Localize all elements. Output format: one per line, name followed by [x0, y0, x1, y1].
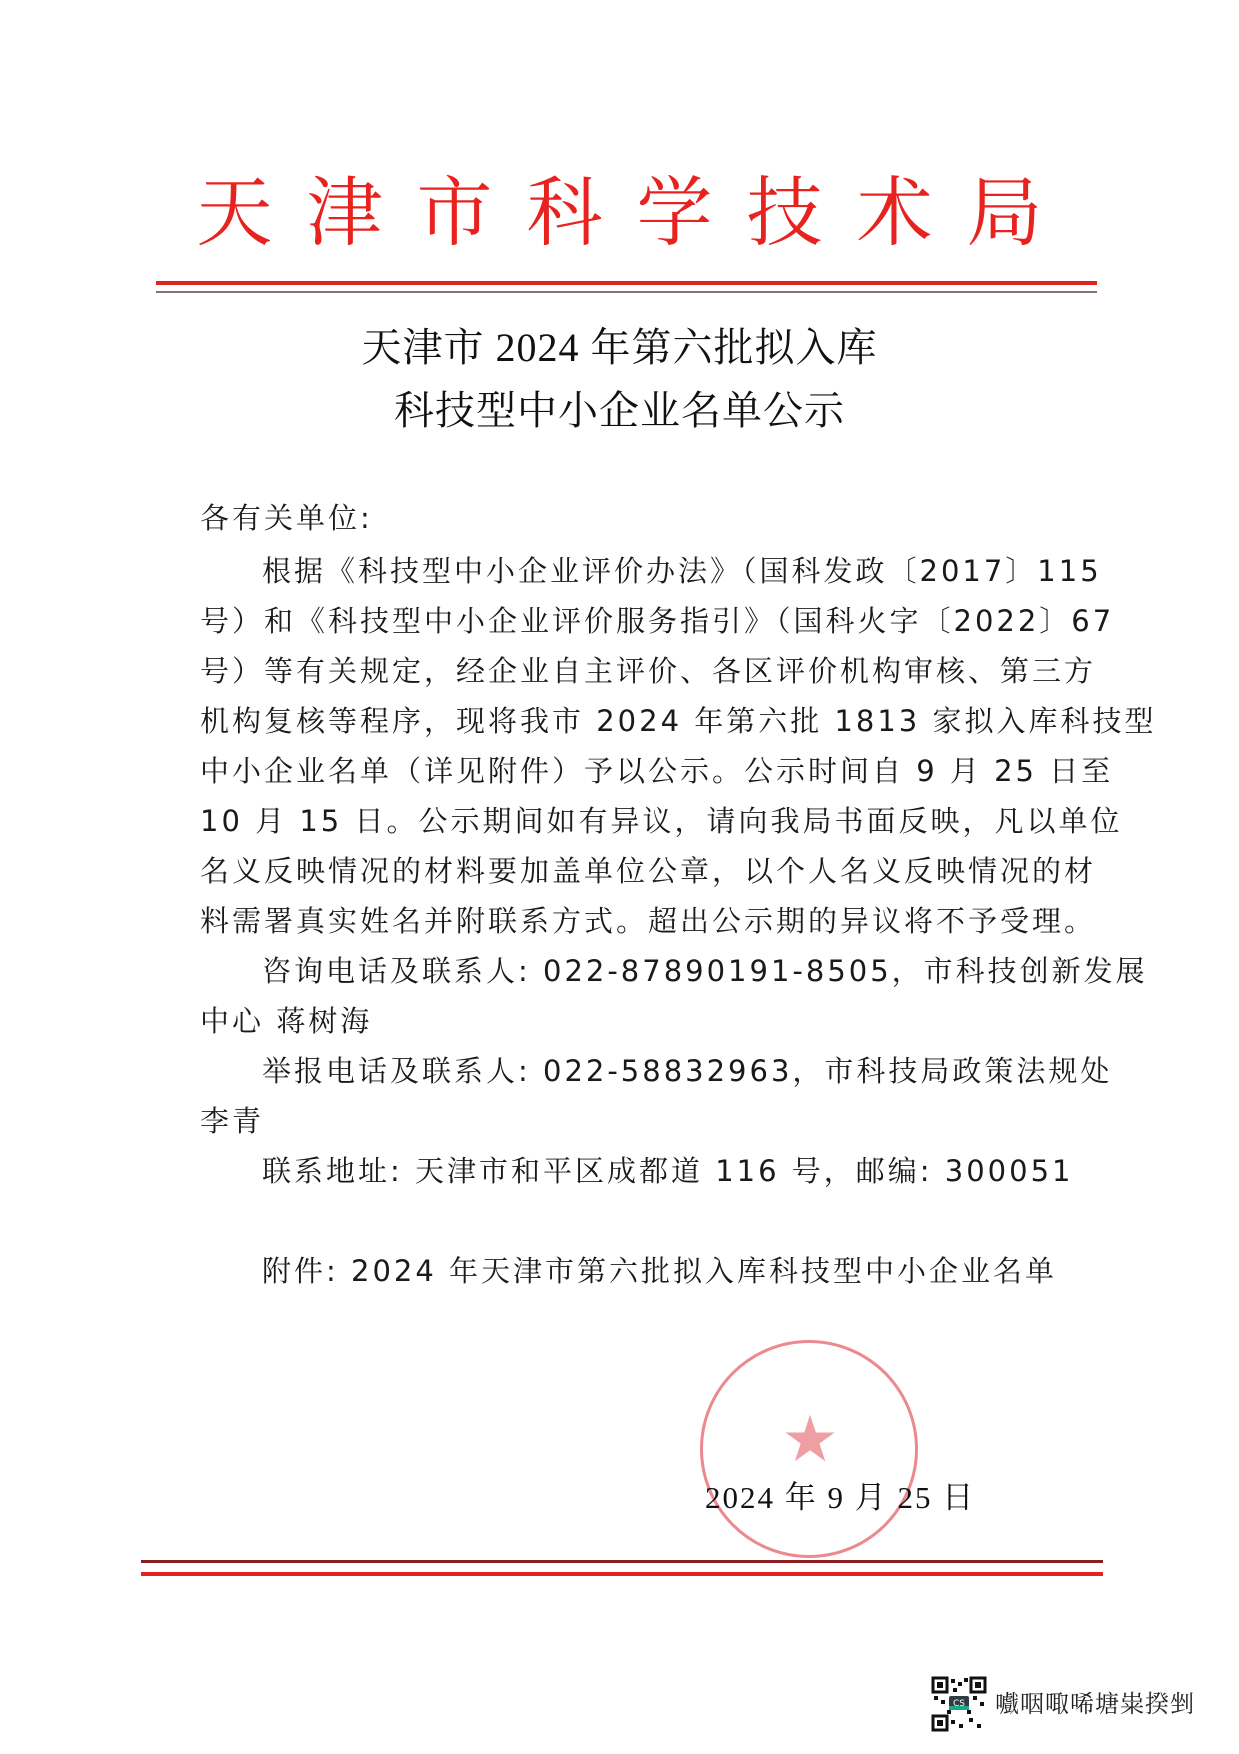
body-line: 机构复核等程序，现将我市 2024 年第六批 1813 家拟入库科技型: [200, 695, 1156, 748]
signature-date: 2024 年 9 月 25 日: [705, 1472, 975, 1517]
letterhead-red-rule: [156, 281, 1097, 285]
consult-contact: 咨询电话及联系人: 022-87890191-8505，市科技创新发展: [262, 945, 1148, 998]
report-contact-name: 李青: [200, 1095, 264, 1148]
qr-code-icon: CS: [931, 1676, 987, 1732]
scanner-watermark: 嚱咽㖩唏塘粜揆剉: [995, 1684, 1195, 1719]
seal-star-icon: ★: [780, 1410, 840, 1470]
body-line: 根据《科技型中小企业评价办法》（国科发政〔2017〕115: [262, 545, 1102, 598]
body-line: 号）和《科技型中小企业评价服务指引》（国科火字〔2022〕67: [200, 595, 1114, 648]
body-line: 中小企业名单（详见附件）予以公示。公示时间自 9 月 25 日至: [200, 745, 1113, 798]
letterhead-gray-rule: [156, 291, 1097, 293]
qr-badge-text: CS: [953, 1699, 965, 1709]
body-line: 料需署真实姓名并附联系方式。超出公示期的异议将不予受理。: [200, 895, 1096, 948]
salutation: 各有关单位:: [200, 492, 373, 545]
consult-contact-name: 中心 蒋树海: [200, 995, 372, 1048]
document-title-line1: 天津市 2024 年第六批拟入库: [0, 322, 1239, 374]
document-title-line2: 科技型中小企业名单公示: [0, 385, 1239, 437]
attachment-note: 附件: 2024 年天津市第六批拟入库科技型中小企业名单: [262, 1245, 1057, 1298]
contact-address: 联系地址: 天津市和平区成都道 116 号，邮编: 300051: [262, 1145, 1073, 1198]
letterhead-issuer: 天津市科学技术局: [0, 168, 1239, 258]
body-line: 号）等有关规定，经企业自主评价、各区评价机构审核、第三方: [200, 645, 1096, 698]
footer-dark-rule: [141, 1560, 1103, 1563]
report-contact: 举报电话及联系人: 022-58832963，市科技局政策法规处: [262, 1045, 1112, 1098]
body-line: 10 月 15 日。公示期间如有异议，请向我局书面反映，凡以单位: [200, 795, 1122, 848]
footer-red-rule: [141, 1572, 1103, 1576]
body-line: 名义反映情况的材料要加盖单位公章，以个人名义反映情况的材: [200, 845, 1096, 898]
